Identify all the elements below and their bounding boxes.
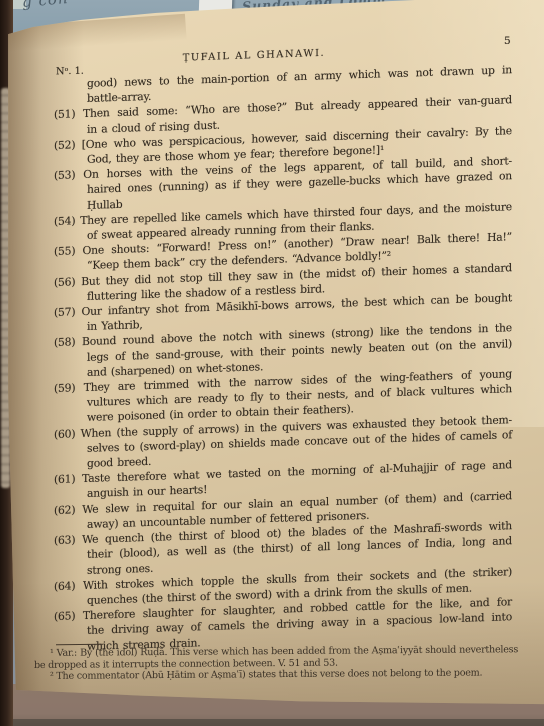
running-header: ṬUFAIL AL GHANAWI. — [174, 47, 334, 64]
page-number: 5 — [504, 35, 511, 47]
book-photo: g con Sunday and Lomm 5 ṬUFAIL AL GHANAW… — [0, 0, 544, 726]
photo-bottom-edge — [0, 719, 544, 726]
verses: good) news to the main-portion of an arm… — [54, 62, 512, 655]
book-page: 5 ṬUFAIL AL GHANAWI. Nᵒ. 1. good) news t… — [6, 0, 544, 712]
footnotes: ¹ Var.: By (the idol) Ruḍā. This verse w… — [34, 644, 518, 683]
